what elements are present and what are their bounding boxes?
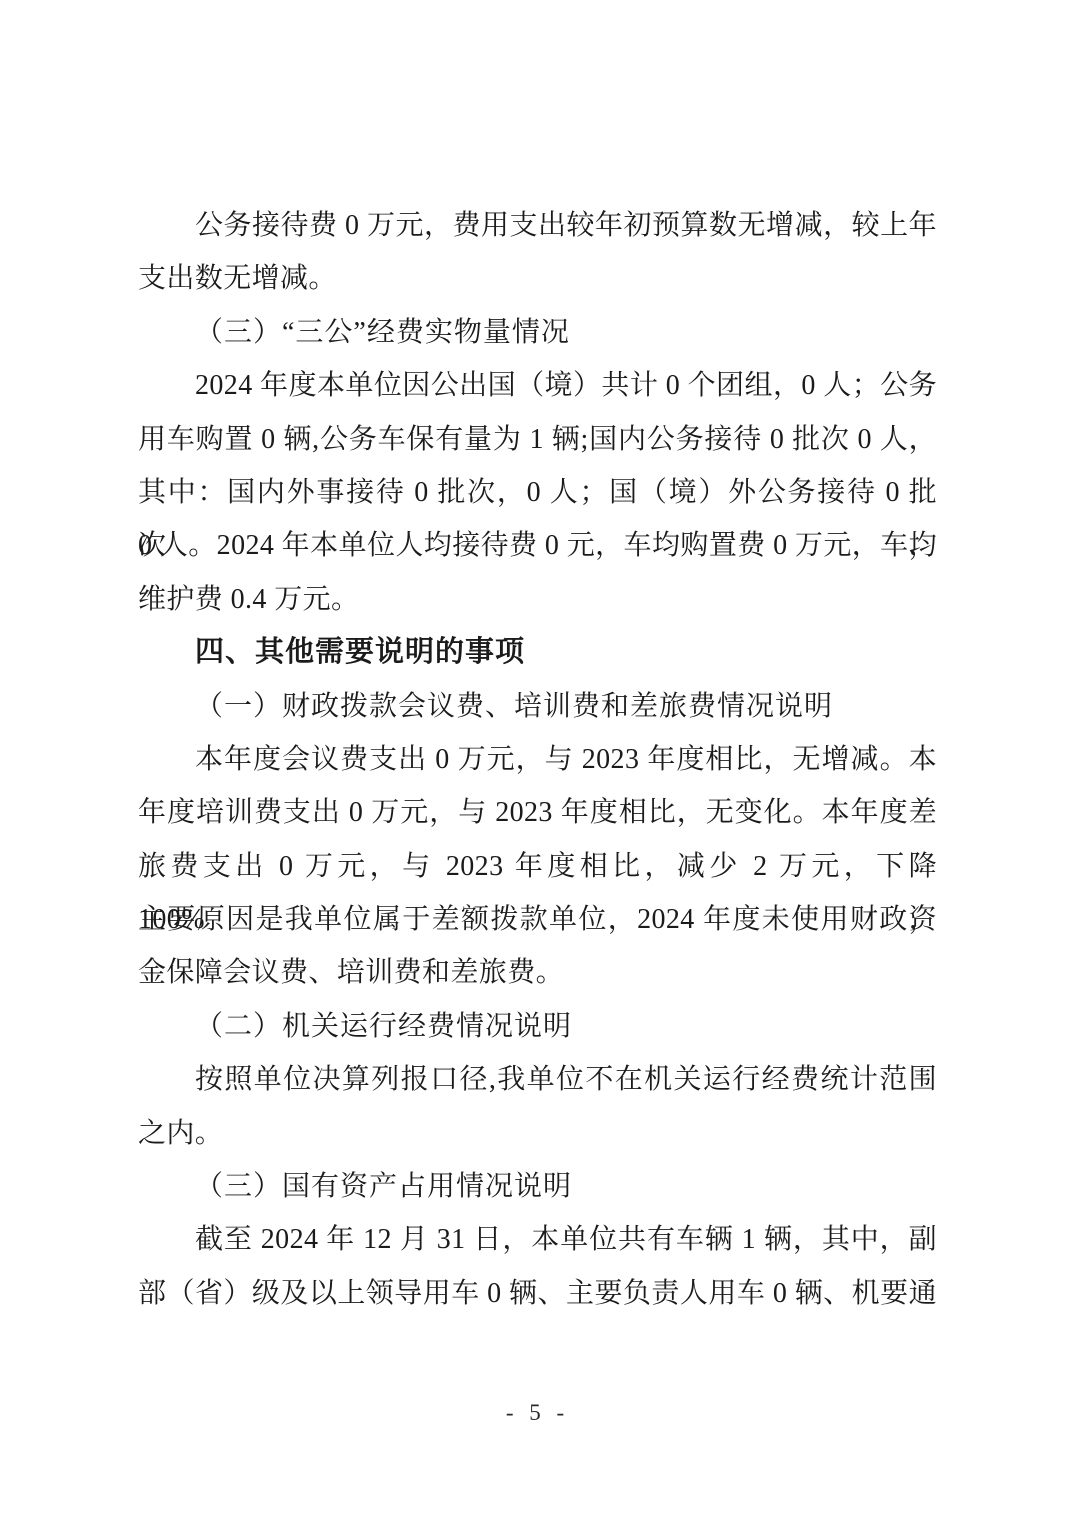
subheading-agency-operation: （二）机关运行经费情况说明 [138,1000,937,1053]
text-line: 支出数无增减。 [138,252,937,305]
text-line: 公务接待费 0 万元，费用支出较年初预算数无增减，较上年 [138,199,937,252]
text-line: 主要原因是我单位属于差额拨款单位，2024 年度未使用财政资 [138,893,937,946]
document-body: 公务接待费 0 万元，费用支出较年初预算数无增减，较上年 支出数无增减。 （三）… [138,199,937,1320]
text-line: 维护费 0.4 万元。 [138,573,937,626]
subheading-sangong-physical: （三）“三公”经费实物量情况 [138,306,937,359]
text-line: 金保障会议费、培训费和差旅费。 [138,946,937,999]
text-line: 用车购置 0 辆,公务车保有量为 1 辆;国内公务接待 0 批次 0 人， [138,413,937,466]
text-line: 本年度会议费支出 0 万元，与 2023 年度相比，无增减。本 [138,733,937,786]
text-line: 按照单位决算列报口径,我单位不在机关运行经费统计范围 [138,1053,937,1106]
subheading-meeting-training-travel: （一）财政拨款会议费、培训费和差旅费情况说明 [138,680,937,733]
text-line: 旅费支出 0 万元，与 2023 年度相比，减少 2 万元，下降 100%， [138,840,937,893]
text-line: 其中：国内外事接待 0 批次，0 人；国（境）外公务接待 0 批次， [138,466,937,519]
text-line: 之内。 [138,1107,937,1160]
page-number: - 5 - [0,1400,1075,1426]
text-line: 部（省）级及以上领导用车 0 辆、主要负责人用车 0 辆、机要通 [138,1267,937,1320]
heading-other-matters: 四、其他需要说明的事项 [138,626,937,679]
text-line: 截至 2024 年 12 月 31 日，本单位共有车辆 1 辆，其中，副 [138,1213,937,1266]
text-line: 0 人。2024 年本单位人均接待费 0 元，车均购置费 0 万元，车均 [138,519,937,572]
subheading-state-assets: （三）国有资产占用情况说明 [138,1160,937,1213]
document-page: 公务接待费 0 万元，费用支出较年初预算数无增减，较上年 支出数无增减。 （三）… [0,0,1075,1520]
text-line: 2024 年度本单位因公出国（境）共计 0 个团组，0 人；公务 [138,359,937,412]
text-line: 年度培训费支出 0 万元，与 2023 年度相比，无变化。本年度差 [138,786,937,839]
